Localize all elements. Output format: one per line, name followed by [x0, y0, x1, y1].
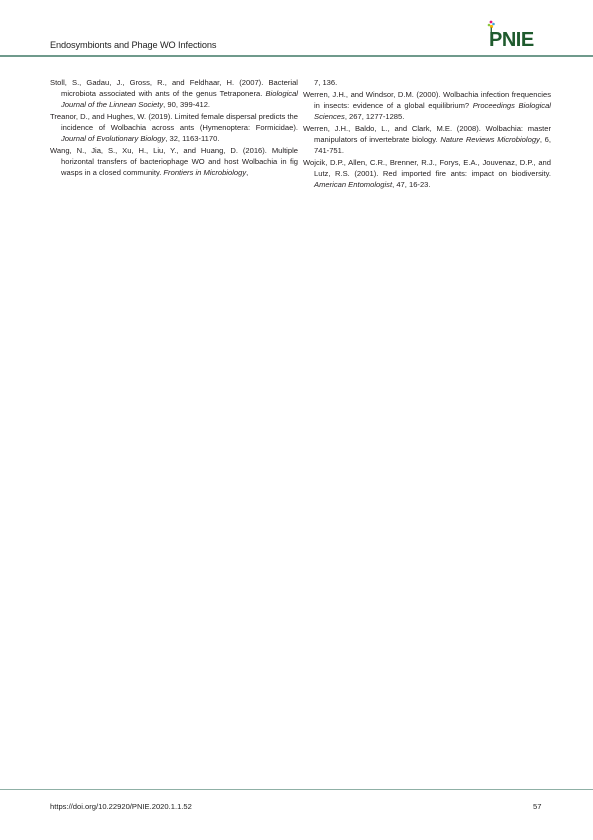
header-divider	[0, 55, 593, 57]
reference-entry: Stoll, S., Gadau, J., Gross, R., and Fel…	[50, 77, 298, 111]
running-title: Endosymbionts and Phage WO Infections	[50, 40, 216, 50]
reference-entry: Treanor, D., and Hughes, W. (2019). Limi…	[50, 111, 298, 145]
logo-text: PNIE	[489, 29, 534, 52]
journal-name: Journal of Evolutionary Biology	[61, 134, 165, 143]
reference-entry: Wang, N., Jia, S., Xu, H., Liu, Y., and …	[50, 145, 298, 179]
doi-link[interactable]: https://doi.org/10.22920/PNIE.2020.1.1.5…	[50, 802, 192, 811]
reference-entry: Werren, J.H., Baldo, L., and Clark, M.E.…	[303, 123, 551, 157]
page-number: 57	[533, 802, 541, 811]
references-right-column: 7, 136. Werren, J.H., and Windsor, D.M. …	[303, 77, 551, 191]
journal-name: Nature Reviews Microbiology	[440, 135, 540, 144]
reference-entry: Wojcik, D.P., Allen, C.R., Brenner, R.J.…	[303, 157, 551, 191]
journal-name: Frontiers in Microbiology	[163, 168, 246, 177]
journal-logo: PNIE	[486, 20, 546, 54]
references-left-column: Stoll, S., Gadau, J., Gross, R., and Fel…	[50, 77, 298, 179]
reference-continuation: 7, 136.	[303, 77, 551, 88]
journal-name: American Entomologist	[314, 180, 392, 189]
reference-entry: Werren, J.H., and Windsor, D.M. (2000). …	[303, 89, 551, 123]
footer-divider	[0, 789, 593, 790]
